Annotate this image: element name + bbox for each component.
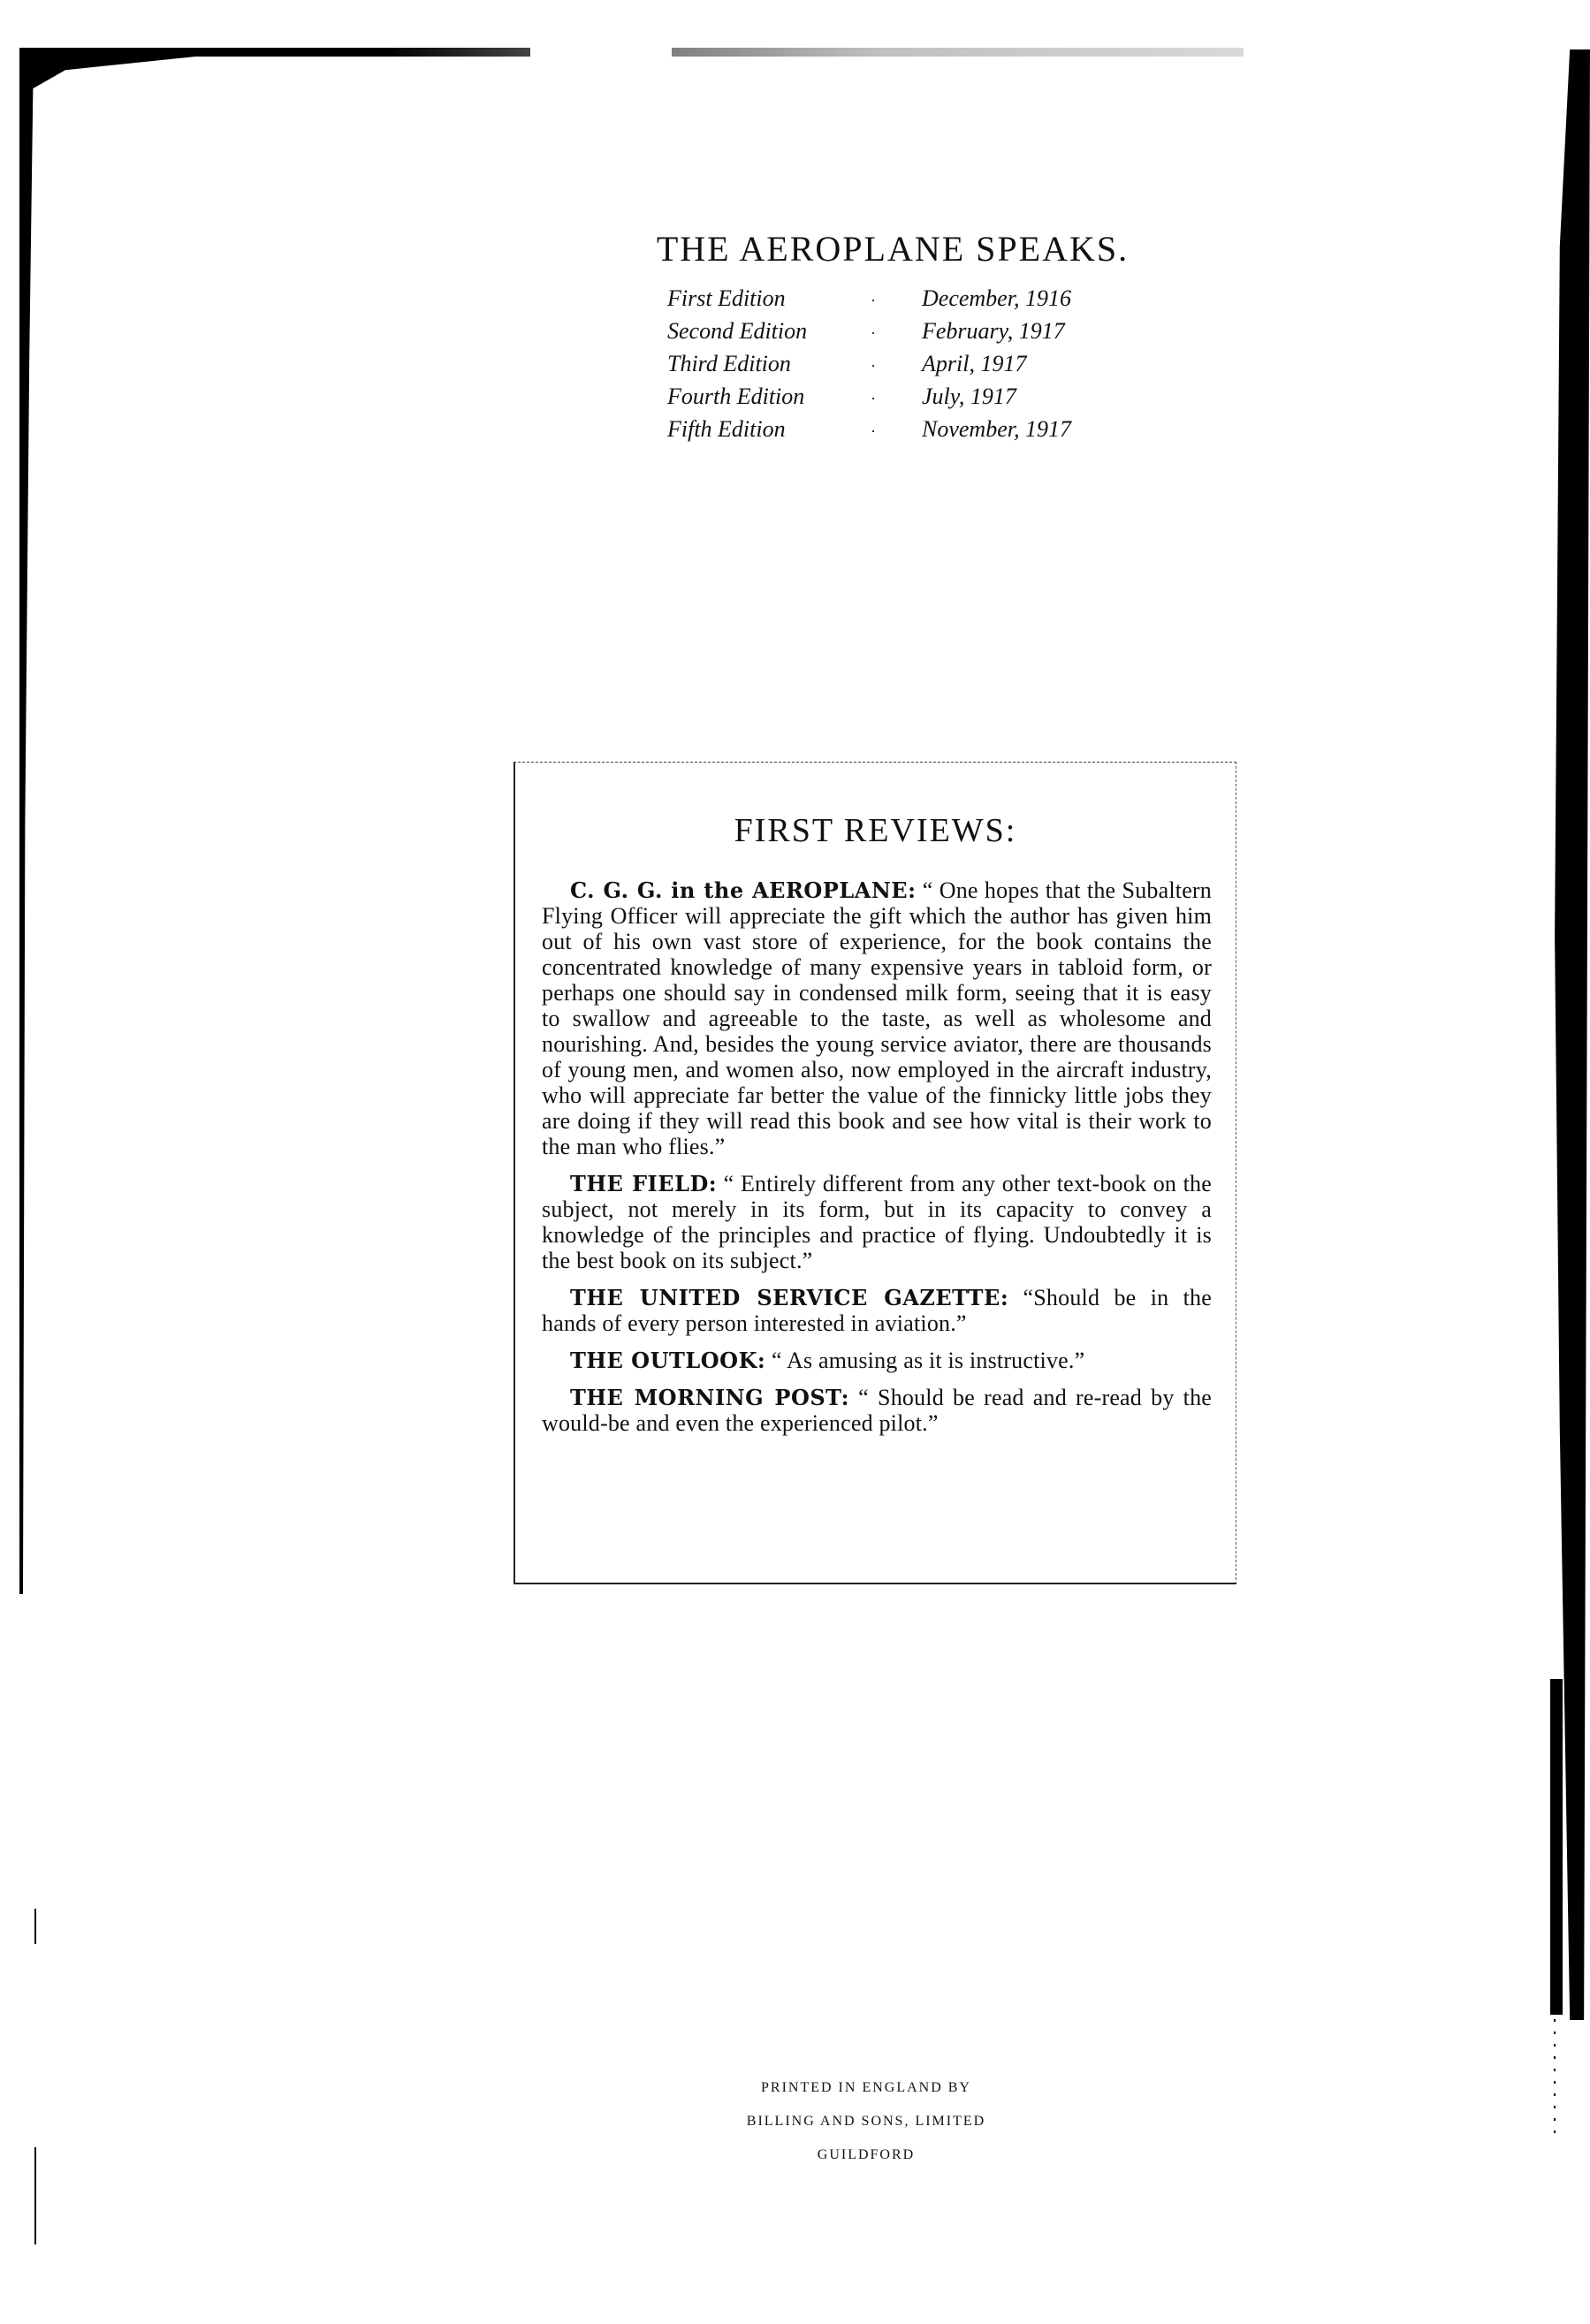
review-item: THE OUTLOOK: “ As amusing as it is instr… (542, 1348, 1212, 1373)
review-quote: “ As amusing as it is instructive.” (772, 1348, 1084, 1373)
edition-date: April, 1917 (922, 351, 1026, 377)
edition-separator: · (871, 324, 922, 343)
edition-row: Third Edition · April, 1917 (667, 351, 1145, 384)
edition-separator: · (871, 390, 922, 408)
imprint-line: BILLING AND SONS, LIMITED (689, 2105, 1043, 2138)
printer-imprint: PRINTED IN ENGLAND BY BILLING AND SONS, … (689, 2071, 1043, 2172)
scan-corner-shadow (19, 48, 249, 88)
edition-separator: · (871, 357, 922, 376)
imprint-line: GUILDFORD (689, 2138, 1043, 2172)
edition-row: Second Edition · February, 1917 (667, 318, 1145, 351)
scan-edge-right-lower (1550, 1679, 1563, 2015)
scan-edge-right (1540, 49, 1590, 2020)
imprint-line: PRINTED IN ENGLAND BY (689, 2071, 1043, 2105)
review-item: THE UNITED SERVICE GAZETTE: “Should be i… (542, 1285, 1212, 1336)
edition-separator: · (871, 292, 922, 310)
review-item: THE MORNING POST: “ Should be read and r… (542, 1385, 1212, 1436)
edition-row: First Edition · December, 1916 (667, 285, 1145, 318)
edition-date: February, 1917 (922, 318, 1065, 345)
edition-name: Fifth Edition (667, 416, 871, 443)
edition-name: Third Edition (667, 351, 871, 377)
review-item: C. G. G. in the AEROPLANE: “ One hopes t… (542, 877, 1212, 1159)
scan-mark (34, 2147, 36, 2244)
review-quote: “ One hopes that the Subaltern Flying Of… (542, 877, 1212, 1159)
edition-name: Second Edition (667, 318, 871, 345)
scan-edge-dots (1554, 2019, 1556, 2143)
review-source: THE MORNING POST: (570, 1385, 849, 1410)
reviews-box: FIRST REVIEWS: C. G. G. in the AEROPLANE… (514, 762, 1236, 1584)
review-source: THE FIELD: (570, 1171, 717, 1196)
edition-name: Fourth Edition (667, 384, 871, 410)
edition-date: July, 1917 (922, 384, 1016, 410)
edition-date: November, 1917 (922, 416, 1071, 443)
edition-row: Fifth Edition · November, 1917 (667, 416, 1145, 449)
reviews-heading: FIRST REVIEWS: (515, 811, 1236, 850)
review-source: C. G. G. in the AEROPLANE: (570, 877, 916, 903)
book-title: THE AEROPLANE SPEAKS. (619, 228, 1167, 270)
review-item: THE FIELD: “ Entirely different from any… (542, 1171, 1212, 1273)
edition-name: First Edition (667, 285, 871, 312)
scan-edge-left (19, 48, 34, 1594)
editions-list: First Edition · December, 1916 Second Ed… (667, 285, 1145, 449)
edition-separator: · (871, 422, 922, 441)
review-source: THE OUTLOOK: (570, 1348, 765, 1373)
edition-row: Fourth Edition · July, 1917 (667, 384, 1145, 416)
review-source: THE UNITED SERVICE GAZETTE: (570, 1285, 1008, 1310)
scan-mark (34, 1909, 36, 1944)
edition-date: December, 1916 (922, 285, 1071, 312)
reviews-list: C. G. G. in the AEROPLANE: “ One hopes t… (542, 877, 1212, 1447)
scan-edge-gap (530, 46, 672, 58)
